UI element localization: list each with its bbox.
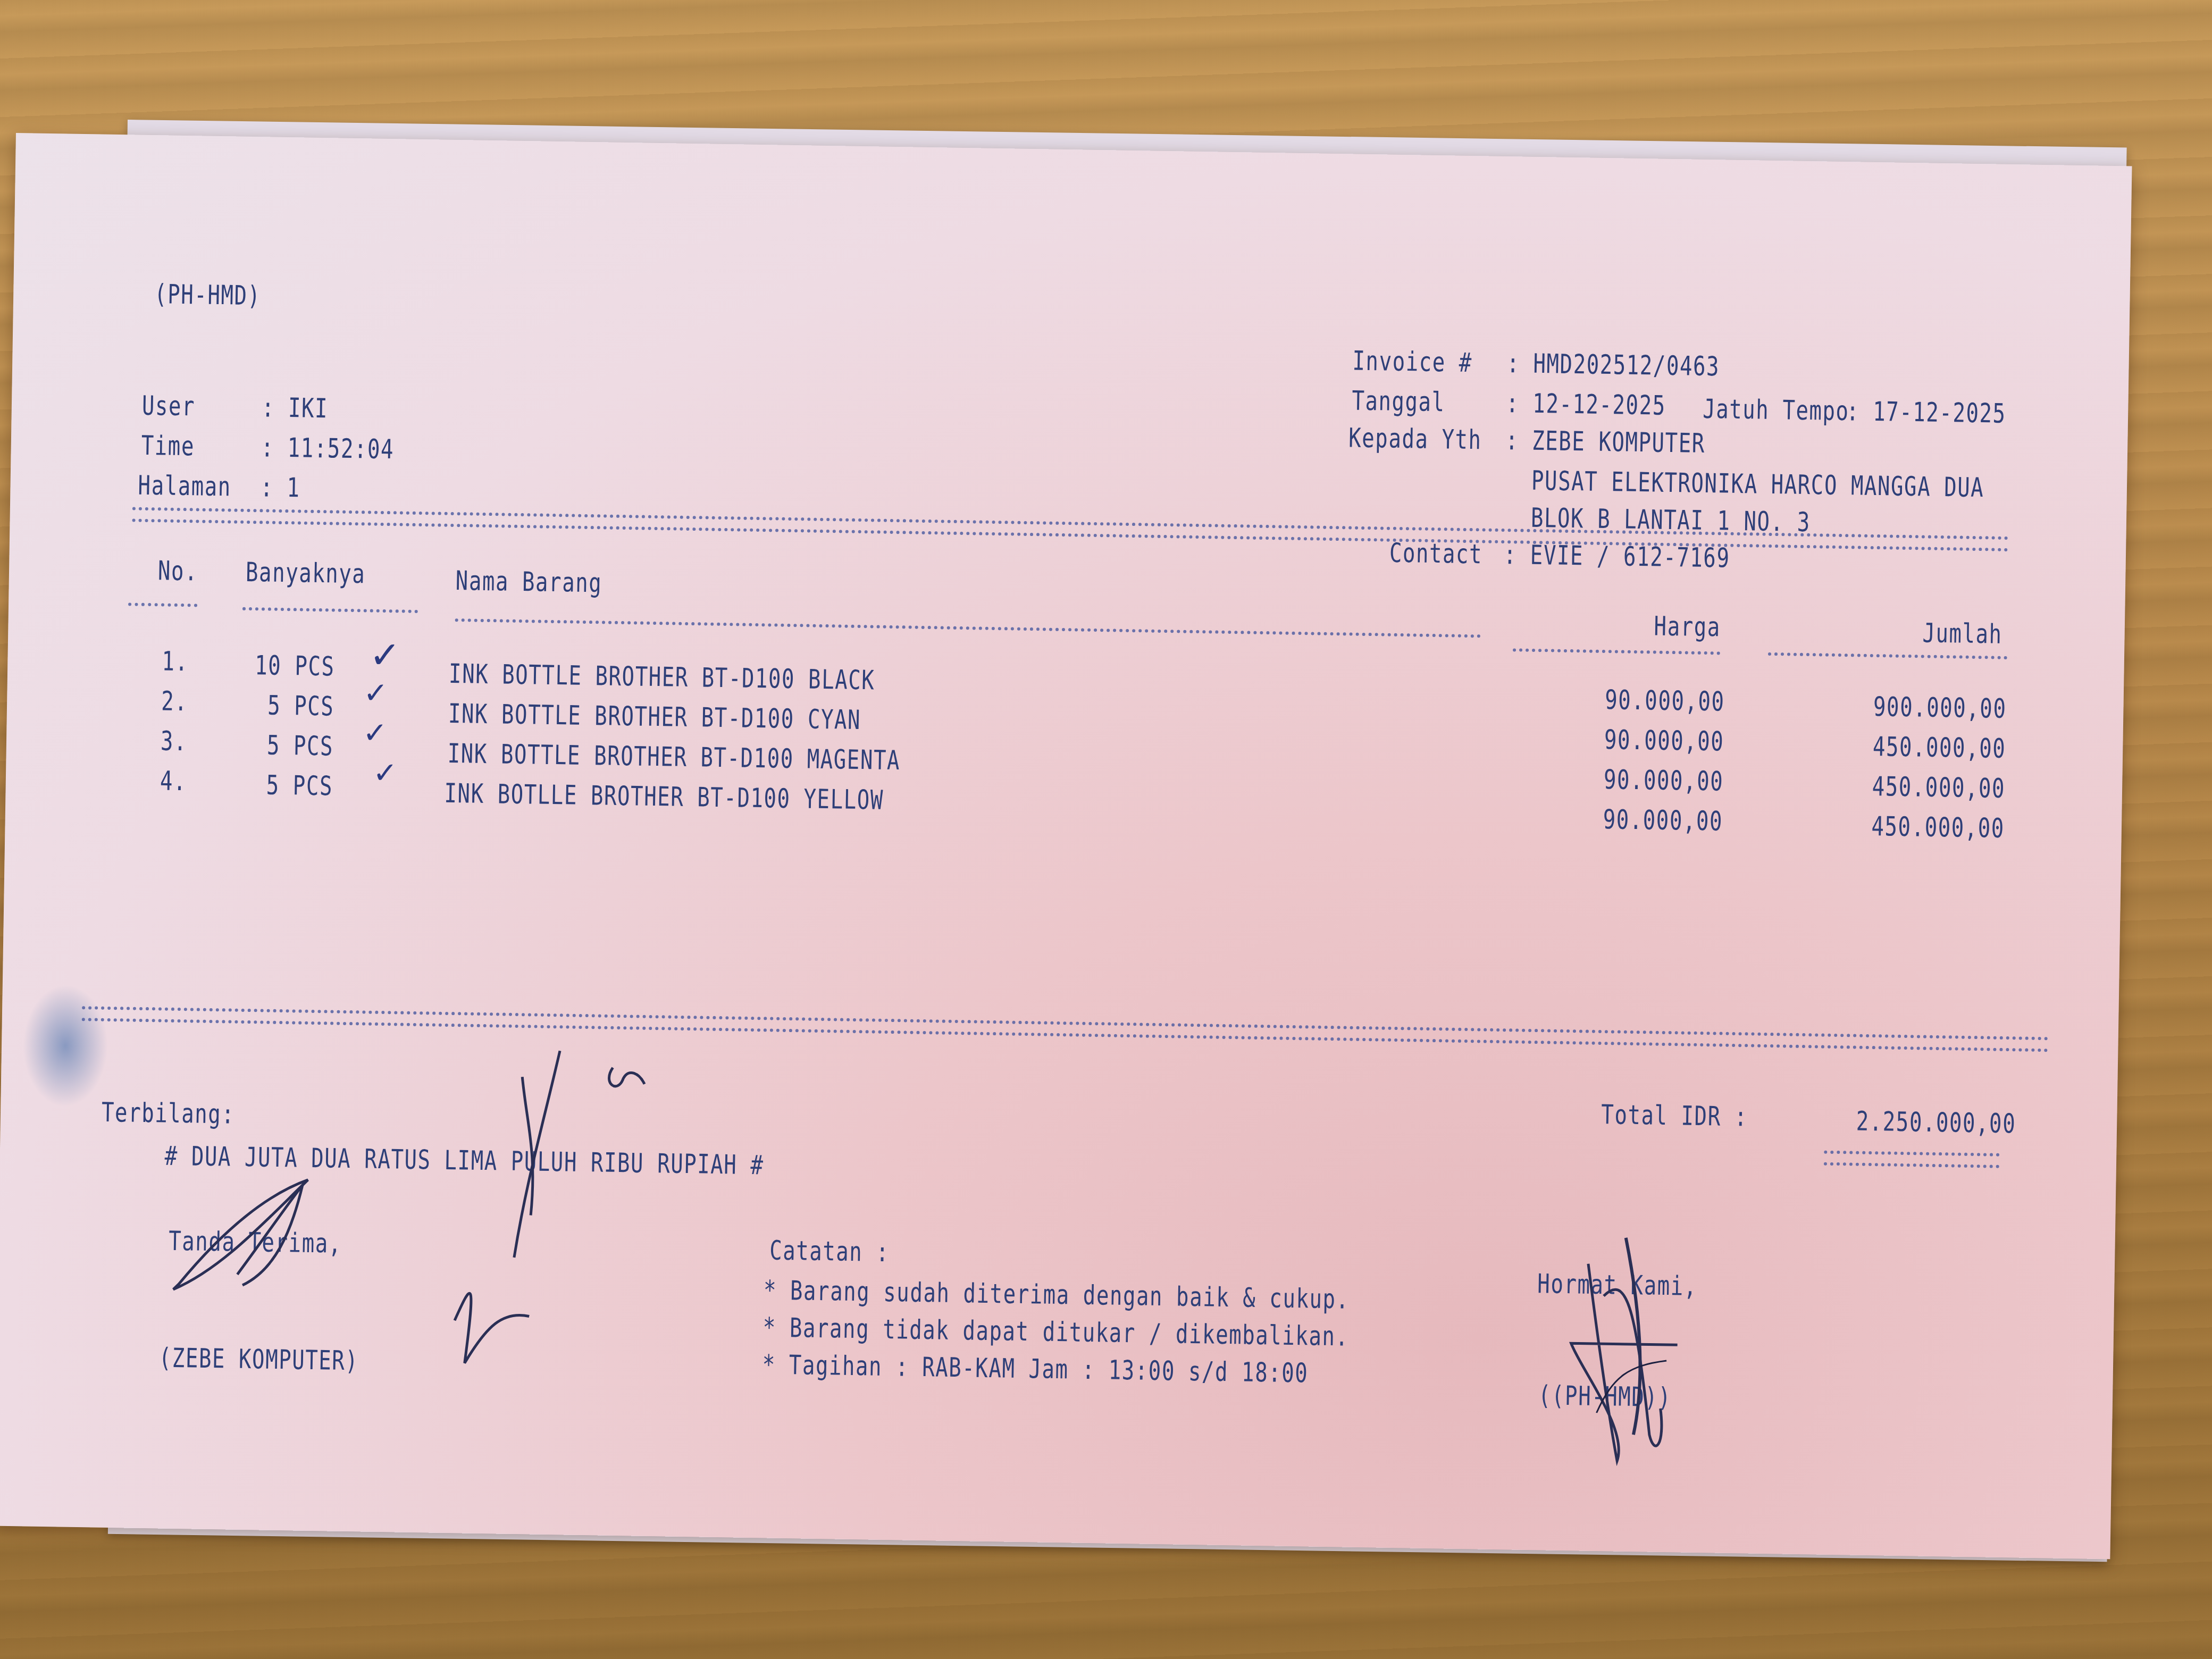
col-no-header: No. [158,555,198,586]
row-name: INK BOTTLE BROTHER BT-D100 CYAN [448,698,861,735]
col-price-header: Harga [1596,610,1721,643]
page-label: Halaman [138,470,231,502]
row-no: 3. [161,725,188,757]
invoice-number-value: HMD202512/0463 [1533,348,1720,382]
row-no: 2. [161,685,188,717]
row-name: INK BOTTLE BROTHER BT-D100 MAGENTA [447,738,900,776]
sender-signature [1548,1231,1727,1484]
row-amount: 900.000,00 [1865,691,2007,724]
row-no: 1. [162,646,189,677]
total-label: Total IDR : [1601,1099,1748,1132]
row-price: 90.000,00 [1586,764,1723,797]
row-name: INK BOTTLE BROTHER BT-D100 BLACK [449,658,875,696]
ink-smudge [22,984,109,1107]
row-qty: 5 PCS [267,690,334,722]
total-value: 2.250.000,00 [1854,1106,2016,1139]
due-label: Jatuh Tempo [1703,393,1849,426]
row-price: 90.000,00 [1587,724,1724,757]
user-label: User [142,390,196,422]
time-label: Time [141,430,195,462]
colon: : [1506,348,1520,379]
colon: : [1506,388,1520,418]
row-amount: 450.000,00 [1865,731,2006,764]
checkmark-icon: ✓ [369,633,401,677]
row-price: 90.000,00 [1588,684,1725,717]
handwritten-mark [477,1044,747,1272]
note-item: * Barang sudah diterima dengan baik & cu… [764,1275,1350,1314]
row-qty: 5 PCS [267,730,334,762]
invoice-number-label: Invoice # [1352,346,1472,379]
footer-rule [82,1006,2049,1052]
invoice-paper: (PH-HMD) User : IKI Time : 11:52:04 Hala… [0,133,2132,1559]
col-name-header: Nama Barang [455,565,602,598]
colon: : [1503,539,1517,570]
row-no: 4. [160,765,187,797]
rule [1513,648,1720,655]
row-price: 90.000,00 [1586,804,1723,837]
checkmark-icon: ✓ [373,756,398,790]
rule [1768,652,2007,659]
time-colon: : [261,432,274,463]
user-value: IKI [288,392,328,424]
to-name: ZEBE KOMPUTER [1532,425,1705,459]
to-address-1: PUSAT ELEKTRONIKA HARCO MANGGA DUA [1531,465,1984,503]
total-underline [1824,1151,1999,1168]
checkmark-icon: ✓ [363,715,388,750]
note-item: * Barang tidak dapat ditukar / dikembali… [763,1312,1349,1352]
row-amount: 450.000,00 [1863,811,2005,844]
col-qty-header: Banyaknya [246,557,366,590]
date-value: 12-12-2025 [1532,388,1666,421]
notes-label: Catatan : [769,1235,890,1268]
rule [455,618,1481,638]
row-qty: 10 PCS [255,650,335,682]
row-qty: 5 PCS [266,770,333,802]
user-colon: : [261,392,275,423]
date-label: Tanggal [1352,386,1445,418]
checkmark-icon: ✓ [363,675,388,710]
rule [128,602,197,607]
to-label: Kepada Yth [1348,422,1482,455]
colon: : [1846,396,1860,426]
note-item: * Tagihan : RAB-KAM Jam : 13:00 s/d 18:0… [762,1349,1308,1388]
row-name: INK BOTLLE BROTHER BT-D100 YELLOW [444,778,884,816]
due-value: 17-12-2025 [1873,396,2006,429]
terbilang-label: Terbilang: [102,1097,235,1130]
page-colon: : [260,472,274,502]
rule [242,607,418,613]
issuer-code: (PH-HMD) [154,279,261,311]
time-value: 11:52:04 [287,432,394,465]
page-value: 1 [287,472,300,503]
colon: : [1505,425,1519,456]
col-amount-header: Jumlah [1865,617,2002,650]
row-amount: 450.000,00 [1864,771,2005,804]
